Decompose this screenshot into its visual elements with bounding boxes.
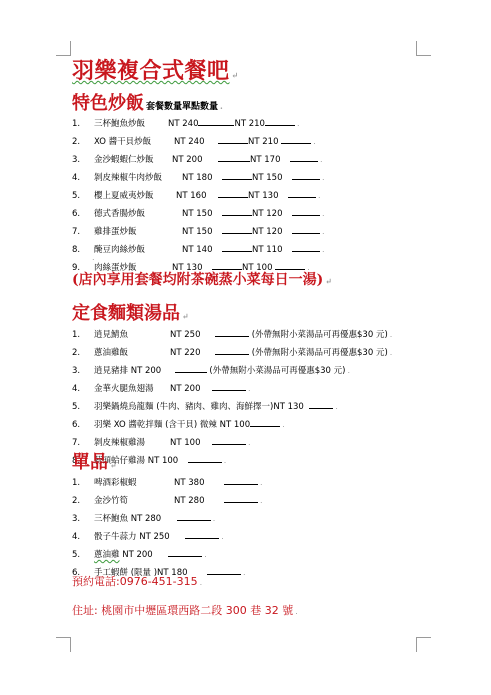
end-mark: . xyxy=(320,155,323,164)
paragraph-mark: ↵ xyxy=(110,460,117,470)
end-mark: . xyxy=(221,532,224,541)
end-mark: . xyxy=(200,578,203,587)
list-item: 8.醃豆肉絲炒飯NT 140NT 110. xyxy=(72,241,325,259)
item-number: 5. xyxy=(72,398,94,416)
item-name: 骰子牛蒜力 xyxy=(94,528,137,546)
item-price: NT 130 xyxy=(273,398,309,416)
item-number: 4. xyxy=(72,528,94,546)
item-number: 1. xyxy=(72,474,94,492)
set-meal-note: (店內享用套餐均附茶碗蒸小菜每日一湯)↵ xyxy=(72,270,332,291)
set-qty-blank[interactable] xyxy=(218,133,248,144)
fried-rice-list: 1.三杯鮑魚炒飯NT 240NT 210. 2.XO 醬干貝炒飯NT 240NT… xyxy=(72,115,325,277)
list-item: 4.剝皮辣椒牛肉炒飯NT 180NT 150. xyxy=(72,169,325,187)
list-item: 5.羽樂鍋燒烏龍麵 (牛肉、豬肉、雞肉、海鮮擇一)NT 130. xyxy=(72,398,392,416)
address-value: 桃園市中壢區環西路二段 300 巷 32 號 xyxy=(101,604,293,617)
single-qty-blank[interactable] xyxy=(292,169,320,180)
item-name: 三杯鮑魚炒飯 xyxy=(94,115,168,133)
set-qty-blank[interactable] xyxy=(222,169,252,180)
qty-blank[interactable] xyxy=(175,362,207,373)
set-qty-blank[interactable] xyxy=(222,205,252,216)
single-qty-blank[interactable] xyxy=(281,133,311,144)
end-mark: . xyxy=(322,245,325,254)
list-item: 6.羽樂 XO 醬乾拌麵 (含干貝) 微辣 NT 100. xyxy=(72,416,392,434)
item-number: 7. xyxy=(72,223,94,241)
list-item: 3.逍見豬排 NT 200 (外帶無附小菜湯品可再優惠$30 元). xyxy=(72,362,392,380)
set-qty-blank[interactable] xyxy=(218,151,250,162)
single-price: NT 120 xyxy=(252,223,292,241)
heading-text: 特色炒飯 xyxy=(72,93,144,114)
item-name: 金華火腿魚翅湯 xyxy=(94,380,170,398)
heading-text: 單品 xyxy=(72,452,108,473)
item-number: 1. xyxy=(72,326,94,344)
list-item: 3.金沙蝦蝦仁炒飯NT 200NT 170. xyxy=(72,151,325,169)
single-price: NT 130 xyxy=(248,187,288,205)
end-mark: . xyxy=(248,438,251,447)
item-name: 蔥油雞飯 xyxy=(94,344,170,362)
qty-blank[interactable] xyxy=(207,564,241,575)
set-price: NT 240 xyxy=(174,133,218,151)
single-qty-blank[interactable] xyxy=(275,259,305,270)
column-subheading: 套餐數量單點數量 xyxy=(146,102,218,112)
item-name: 金沙竹筍 xyxy=(94,492,174,510)
qty-blank[interactable] xyxy=(215,344,249,355)
item-name: 羽樂鍋燒烏龍麵 (牛肉、豬肉、雞肉、海鮮擇一) xyxy=(94,398,273,416)
single-price: NT 210 xyxy=(248,133,278,151)
single-price: NT 150 xyxy=(252,169,292,187)
heading-text: 定食麵類湯品 xyxy=(72,303,180,324)
list-item: 2.蔥油雞飯NT 220 (外帶無附小菜湯品可再優惠$30 元). xyxy=(72,344,392,362)
end-mark: . xyxy=(322,173,325,182)
qty-blank[interactable] xyxy=(185,528,219,539)
note-text: (店內享用套餐均附茶碗蒸小菜每日一湯) xyxy=(72,272,323,288)
single-qty-blank[interactable] xyxy=(292,205,320,216)
end-mark: . xyxy=(347,366,350,375)
qty-blank[interactable] xyxy=(215,326,249,337)
item-name: XO 醬干貝炒飯 xyxy=(94,133,174,151)
single-price: NT 120 xyxy=(252,205,292,223)
empty-paragraph: . xyxy=(92,253,95,262)
list-item: 5.櫻上夏威夷炒飯NT 160NT 130. xyxy=(72,187,325,205)
item-name: 逍見豬排 xyxy=(94,362,128,380)
item-number: 5. xyxy=(72,546,94,564)
item-remark: (外帶無附小菜湯品可再優惠$30 元) xyxy=(252,330,388,340)
item-name: 剝皮辣椒牛肉炒飯 xyxy=(94,169,182,187)
item-name: 德式香腸炒飯 xyxy=(94,205,182,223)
qty-blank[interactable] xyxy=(168,546,202,557)
item-price: NT 200 xyxy=(170,380,212,398)
item-name: 啤酒彩椒蝦 xyxy=(94,474,174,492)
list-item: 4.金華火腿魚翅湯NT 200. xyxy=(72,380,392,398)
item-price: NT 380 xyxy=(174,474,224,492)
list-item: 2.金沙竹筍NT 280. xyxy=(72,492,263,510)
section-heading-set-meals: 定食麵類湯品↵ xyxy=(72,302,189,328)
item-price: NT 250 xyxy=(170,326,215,344)
set-qty-blank[interactable] xyxy=(222,241,252,252)
end-mark: . xyxy=(322,227,325,236)
item-number: 4. xyxy=(72,380,94,398)
end-mark: . xyxy=(390,348,393,357)
item-number: 2. xyxy=(72,344,94,362)
item-number: 7. xyxy=(72,434,94,452)
item-remark: (外帶無附小菜湯品可再優惠$30 元) xyxy=(209,366,345,376)
item-number: 1. xyxy=(72,115,94,133)
paragraph-mark: ↵ xyxy=(325,276,332,286)
item-price: NT 200 xyxy=(131,362,175,380)
item-price: NT 220 xyxy=(170,344,215,362)
item-number: 3. xyxy=(72,510,94,528)
list-item: 1.逍見鯖魚NT 250 (外帶無附小菜湯品可再優惠$30 元). xyxy=(72,326,392,344)
end-mark: . xyxy=(220,101,223,111)
document-title: 羽樂複合式餐吧↵ xyxy=(72,57,239,89)
list-item: 2.XO 醬干貝炒飯NT 240NT 210 . xyxy=(72,133,325,151)
single-qty-blank[interactable] xyxy=(265,115,295,126)
set-qty-blank[interactable] xyxy=(222,223,252,234)
item-number: 3. xyxy=(72,362,94,380)
qty-blank[interactable] xyxy=(309,398,333,409)
item-number: 6. xyxy=(72,205,94,223)
set-price: NT 160 xyxy=(176,187,218,205)
item-name: 羽樂 XO 醬乾拌麵 (含干貝) 微辣 xyxy=(94,416,217,434)
set-qty-blank[interactable] xyxy=(198,115,234,126)
end-mark: . xyxy=(313,137,316,146)
end-mark: . xyxy=(390,330,393,339)
end-mark: . xyxy=(295,607,298,616)
set-price: NT 180 xyxy=(182,169,222,187)
set-price: NT 140 xyxy=(182,241,222,259)
item-number: 2. xyxy=(72,133,94,151)
qty-blank[interactable] xyxy=(224,492,258,503)
item-price: NT 280 xyxy=(131,510,177,528)
single-price: NT 210 xyxy=(234,115,264,133)
list-item: 7.雞排蛋炒飯NT 150NT 120. xyxy=(72,223,325,241)
qty-blank[interactable] xyxy=(177,510,211,521)
item-name: 醃豆肉絲炒飯 xyxy=(94,241,182,259)
set-qty-blank[interactable] xyxy=(212,259,242,270)
item-remark: (外帶無附小菜湯品可再優惠$30 元) xyxy=(252,348,388,358)
end-mark: . xyxy=(297,119,300,128)
single-qty-blank[interactable] xyxy=(290,151,318,162)
address: 住址: 桃園市中壢區環西路二段 300 巷 32 號. xyxy=(72,603,298,620)
end-mark: . xyxy=(318,191,321,200)
end-mark: . xyxy=(248,384,251,393)
set-price: NT 240 xyxy=(168,115,198,133)
phone-label: 預約電話 xyxy=(72,575,116,588)
phone-number: :0976-451-315 xyxy=(116,575,198,588)
item-price: NT 280 xyxy=(174,492,224,510)
qty-blank[interactable] xyxy=(250,416,280,427)
single-item-list: 1.啤酒彩椒蝦NT 380. 2.金沙竹筍NT 280. 3.三杯鮑魚 NT 2… xyxy=(72,474,263,582)
item-name: 三杯鮑魚 xyxy=(94,510,128,528)
single-price: NT 170 xyxy=(250,151,290,169)
single-qty-blank[interactable] xyxy=(288,187,316,198)
end-mark: . xyxy=(322,209,325,218)
end-mark: . xyxy=(224,456,227,465)
item-name: 剝皮辣椒雞湯 xyxy=(94,434,170,452)
qty-blank[interactable] xyxy=(212,380,246,391)
end-mark: . xyxy=(282,420,285,429)
end-mark: . xyxy=(260,496,263,505)
set-price: NT 150 xyxy=(182,223,222,241)
reservation-phone: 預約電話:0976-451-315. xyxy=(72,574,202,591)
end-mark: . xyxy=(213,514,216,523)
end-mark: . xyxy=(204,550,207,559)
item-number: 5. xyxy=(72,187,94,205)
item-name: 雞排蛋炒飯 xyxy=(94,223,182,241)
list-item: 8.蒜頭蛤仔雞湯 NT 100. xyxy=(72,452,392,470)
margin-corner-bottom-left xyxy=(56,637,71,652)
title-text: 羽樂複合式餐吧 xyxy=(72,58,230,84)
list-item: 7.剝皮辣椒雞湯NT 100. xyxy=(72,434,392,452)
paragraph-mark: ↵ xyxy=(182,311,189,321)
item-number: 8. xyxy=(72,241,94,259)
item-price: NT 100 xyxy=(148,452,188,470)
item-price: NT 100 xyxy=(220,416,250,434)
item-number: 4. xyxy=(72,169,94,187)
list-item: 4.骰子牛蒜力 NT 250. xyxy=(72,528,263,546)
paragraph-mark: ↵ xyxy=(232,70,239,80)
set-qty-blank[interactable] xyxy=(218,187,248,198)
qty-blank[interactable] xyxy=(188,452,222,463)
item-price: NT 100 xyxy=(170,434,212,452)
list-item: 1.三杯鮑魚炒飯NT 240NT 210. xyxy=(72,115,325,133)
set-price: NT 200 xyxy=(172,151,218,169)
qty-blank[interactable] xyxy=(212,434,246,445)
margin-corner-top-left xyxy=(56,41,71,56)
item-number: 2. xyxy=(72,492,94,510)
item-price: NT 200 xyxy=(122,546,168,564)
end-mark: . xyxy=(243,568,246,577)
end-mark: . xyxy=(335,402,338,411)
list-item: 3.三杯鮑魚 NT 280. xyxy=(72,510,263,528)
margin-corner-top-right xyxy=(416,41,431,56)
list-item: 6.德式香腸炒飯NT 150NT 120. xyxy=(72,205,325,223)
item-name: 逍見鯖魚 xyxy=(94,326,170,344)
single-qty-blank[interactable] xyxy=(292,223,320,234)
single-price: NT 110 xyxy=(252,241,292,259)
list-item: 1.啤酒彩椒蝦NT 380. xyxy=(72,474,263,492)
set-price: NT 150 xyxy=(182,205,222,223)
item-price: NT 250 xyxy=(139,528,185,546)
margin-corner-bottom-right xyxy=(416,637,431,652)
item-name: 金沙蝦蝦仁炒飯 xyxy=(94,151,172,169)
item-number: 6. xyxy=(72,416,94,434)
item-number: 3. xyxy=(72,151,94,169)
item-name: 櫻上夏威夷炒飯 xyxy=(94,187,176,205)
set-meal-list: 1.逍見鯖魚NT 250 (外帶無附小菜湯品可再優惠$30 元). 2.蔥油雞飯… xyxy=(72,326,392,470)
list-item: 5.蔥油雞 NT 200. xyxy=(72,546,263,564)
item-name: 蔥油雞 xyxy=(94,546,120,564)
end-mark: . xyxy=(260,478,263,487)
qty-blank[interactable] xyxy=(224,474,258,485)
single-qty-blank[interactable] xyxy=(292,241,320,252)
address-label: 住址: xyxy=(72,604,98,617)
